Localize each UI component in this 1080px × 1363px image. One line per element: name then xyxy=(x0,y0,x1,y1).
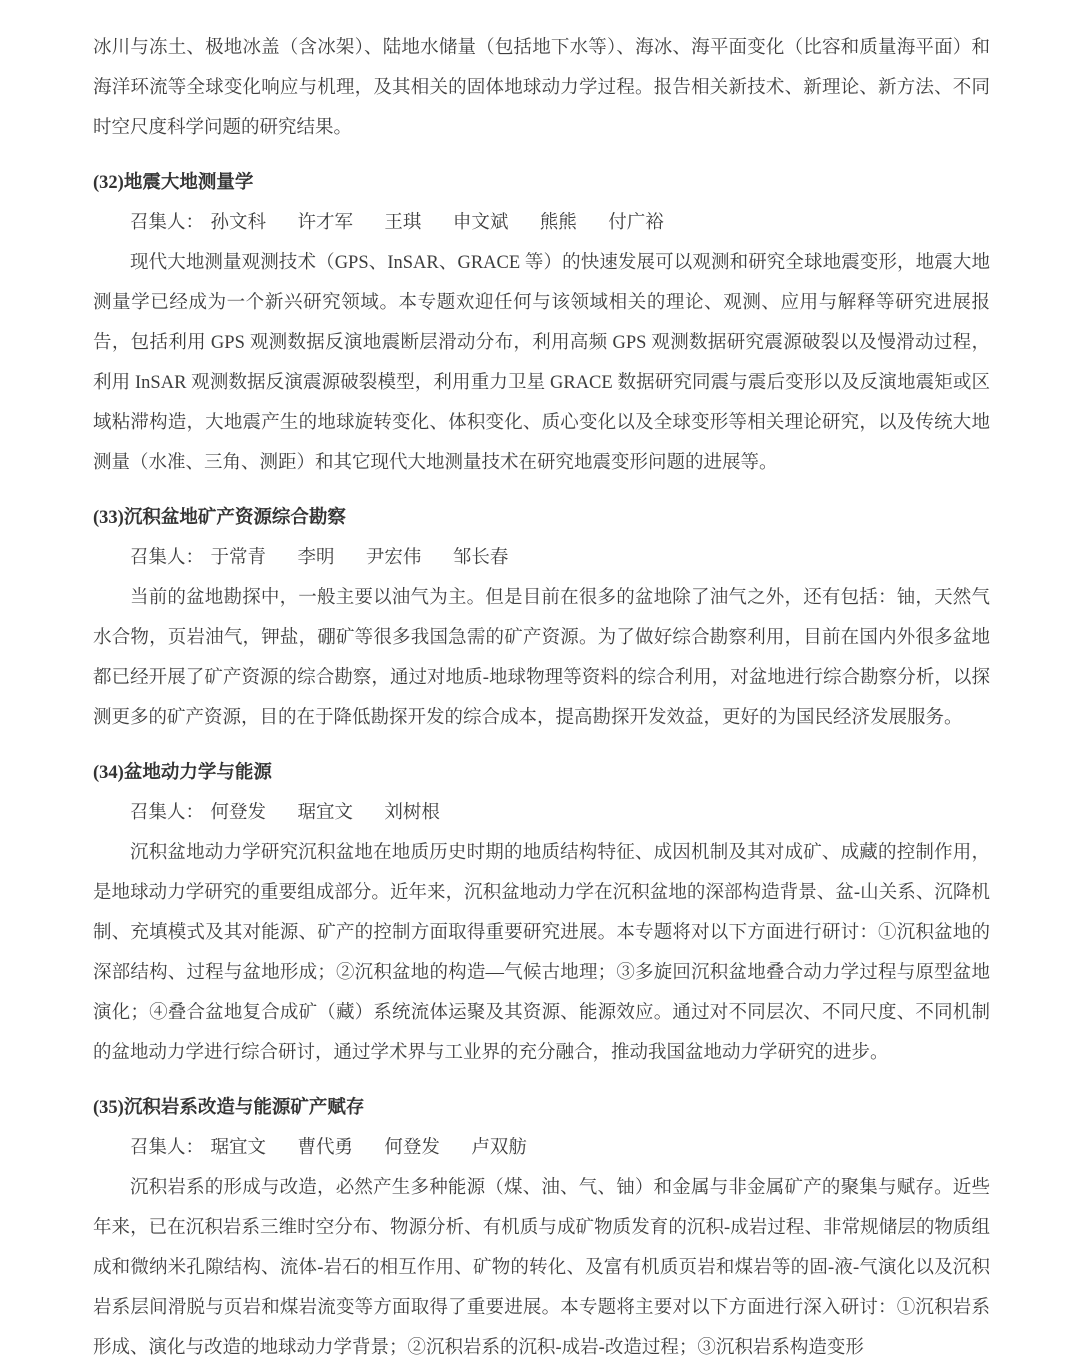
convener-name: 邹长春 xyxy=(453,548,509,568)
topic-section-32: (32)地震大地测量学 召集人：孙文科许才军王琪申文斌熊熊付广裕 现代大地测量观… xyxy=(93,163,990,483)
conveners-label: 召集人： xyxy=(130,1138,204,1158)
convener-name: 付广裕 xyxy=(608,213,664,233)
conveners-line-33: 召集人：于常青李明尹宏伟邹长春 xyxy=(93,538,990,578)
topic-number: (33) xyxy=(93,508,124,528)
conveners-line-35: 召集人：琚宜文曹代勇何登发卢双舫 xyxy=(93,1128,990,1168)
convener-name: 孙文科 xyxy=(210,213,266,233)
convener-name: 卢双舫 xyxy=(471,1138,527,1158)
continuation-paragraph: 冰川与冻土、极地冰盖（含冰架）、陆地水储量（包括地下水等）、海冰、海平面变化（比… xyxy=(93,28,990,148)
conveners-line-34: 召集人：何登发琚宜文刘树根 xyxy=(93,793,990,833)
topic-description-34: 沉积盆地动力学研究沉积盆地在地质历史时期的地质结构特征、成因机制及其对成矿、成藏… xyxy=(93,833,990,1073)
topic-description-35: 沉积岩系的形成与改造，必然产生多种能源（煤、油、气、铀）和金属与非金属矿产的聚集… xyxy=(93,1168,990,1363)
topic-section-35: (35)沉积岩系改造与能源矿产赋存 召集人：琚宜文曹代勇何登发卢双舫 沉积岩系的… xyxy=(93,1088,990,1363)
conveners-label: 召集人： xyxy=(130,548,204,568)
topic-number: (35) xyxy=(93,1098,124,1118)
conveners-names: 何登发琚宜文刘树根 xyxy=(210,803,439,823)
convener-name: 何登发 xyxy=(384,1138,440,1158)
convener-name: 申文斌 xyxy=(453,213,509,233)
convener-name: 李明 xyxy=(297,548,334,568)
conveners-names: 琚宜文曹代勇何登发卢双舫 xyxy=(210,1138,526,1158)
topic-number: (34) xyxy=(93,763,124,783)
topic-description-33: 当前的盆地勘探中，一般主要以油气为主。但是目前在很多的盆地除了油气之外，还有包括… xyxy=(93,578,990,738)
conveners-label: 召集人： xyxy=(130,213,204,233)
convener-name: 许才军 xyxy=(297,213,353,233)
conveners-line-32: 召集人：孙文科许才军王琪申文斌熊熊付广裕 xyxy=(93,203,990,243)
convener-name: 琚宜文 xyxy=(210,1138,266,1158)
convener-name: 熊熊 xyxy=(540,213,577,233)
topic-heading-33: (33)沉积盆地矿产资源综合勘察 xyxy=(93,498,990,538)
convener-name: 何登发 xyxy=(210,803,266,823)
topic-section-34: (34)盆地动力学与能源 召集人：何登发琚宜文刘树根 沉积盆地动力学研究沉积盆地… xyxy=(93,753,990,1073)
document-page: 冰川与冻土、极地冰盖（含冰架）、陆地水储量（包括地下水等）、海冰、海平面变化（比… xyxy=(0,0,1080,1363)
convener-name: 于常青 xyxy=(210,548,266,568)
convener-name: 王琪 xyxy=(384,213,421,233)
convener-name: 琚宜文 xyxy=(297,803,353,823)
conveners-names: 孙文科许才军王琪申文斌熊熊付广裕 xyxy=(210,213,663,233)
convener-name: 尹宏伟 xyxy=(366,548,422,568)
topic-heading-32: (32)地震大地测量学 xyxy=(93,163,990,203)
conveners-names: 于常青李明尹宏伟邹长春 xyxy=(210,548,508,568)
topic-title: 沉积岩系改造与能源矿产赋存 xyxy=(124,1098,365,1118)
topic-title: 沉积盆地矿产资源综合勘察 xyxy=(124,508,346,528)
topic-heading-34: (34)盆地动力学与能源 xyxy=(93,753,990,793)
topic-number: (32) xyxy=(93,173,124,193)
topic-title: 盆地动力学与能源 xyxy=(124,763,272,783)
convener-name: 刘树根 xyxy=(384,803,440,823)
topic-section-33: (33)沉积盆地矿产资源综合勘察 召集人：于常青李明尹宏伟邹长春 当前的盆地勘探… xyxy=(93,498,990,738)
topic-title: 地震大地测量学 xyxy=(124,173,254,193)
convener-name: 曹代勇 xyxy=(297,1138,353,1158)
topic-description-32: 现代大地测量观测技术（GPS、InSAR、GRACE 等）的快速发展可以观测和研… xyxy=(93,243,990,483)
conveners-label: 召集人： xyxy=(130,803,204,823)
topic-heading-35: (35)沉积岩系改造与能源矿产赋存 xyxy=(93,1088,990,1128)
